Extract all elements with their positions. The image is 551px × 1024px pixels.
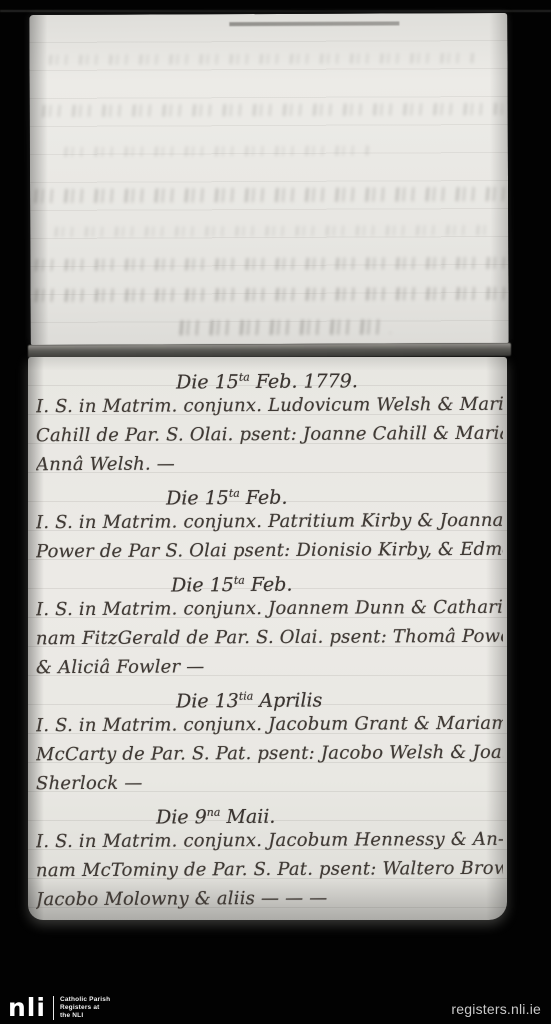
record-line: Sherlock — xyxy=(36,767,503,798)
nli-brand: nli Catholic Parish Registers at the NLI xyxy=(8,995,110,1021)
date-prefix: Die xyxy=(171,574,204,596)
date-rest: Feb. 1779. xyxy=(256,370,358,393)
record-line: Power de Par S. Olai psent: Dionisio Kir… xyxy=(36,535,503,566)
microfilm-scan-viewport: Die 15ta Feb. 1779. I. S. in Matrim. con… xyxy=(0,0,551,1024)
date-prefix: Die xyxy=(176,371,209,393)
record-line: Cahill de Par. S. Olai. psent: Joanne Ca… xyxy=(36,419,503,450)
ghost-writing-line xyxy=(50,225,490,237)
record-line: McCarty de Par. S. Pat. psent: Jacobo We… xyxy=(36,738,503,769)
record-line: Jacobo Molowny & aliis — — — xyxy=(36,883,503,914)
date-day: 15 xyxy=(205,487,229,509)
record-line: nam FitzGerald de Par. S. Olai. psent: T… xyxy=(36,622,503,653)
date-ordinal: na xyxy=(207,806,221,819)
ghost-writing-line xyxy=(30,257,508,271)
page-edge-shadow xyxy=(28,343,511,358)
scan-frame-line xyxy=(0,10,551,12)
date-ordinal: ta xyxy=(229,487,240,500)
record-line: nam McTominy de Par. S. Pat. psent: Walt… xyxy=(36,854,503,885)
date-day: 15 xyxy=(215,371,239,393)
record-line: I. S. in Matrim. conjunx. Ludovicum Wels… xyxy=(36,390,503,421)
date-rest: Aprilis xyxy=(259,689,322,711)
ghost-writing-line xyxy=(44,53,474,65)
date-rest: Feb. xyxy=(246,487,288,509)
record-date-heading: Die 15ta Feb. 1779. xyxy=(176,361,503,392)
record-date-heading: Die 9na Maii. xyxy=(156,796,503,827)
nli-logo: nli xyxy=(8,995,46,1021)
record-line: & Aliciâ Fowler — xyxy=(36,651,503,682)
brand-divider xyxy=(53,996,54,1020)
ghost-writing-line xyxy=(176,319,391,335)
record-date-heading: Die 13tia Aprilis xyxy=(176,680,503,711)
brand-caption-line: Catholic Parish xyxy=(60,996,110,1004)
date-prefix: Die xyxy=(176,690,209,712)
brand-caption-line: Registers at xyxy=(60,1004,110,1012)
manuscript-page-top xyxy=(29,13,508,345)
date-rest: Feb. xyxy=(251,574,293,596)
ghost-writing-line xyxy=(229,21,399,26)
date-day: 9 xyxy=(195,806,207,828)
date-ordinal: ta xyxy=(234,574,245,587)
ghost-writing-line xyxy=(60,146,370,157)
date-prefix: Die xyxy=(156,806,189,828)
record-line: I. S. in Matrim. conjunx. Joannem Dunn &… xyxy=(36,593,503,624)
ghost-writing-line xyxy=(38,103,503,117)
record-line: I. S. in Matrim. conjunx. Patritium Kirb… xyxy=(36,506,503,537)
site-url: registers.nli.ie xyxy=(451,1001,541,1017)
manuscript-page-bottom: Die 15ta Feb. 1779. I. S. in Matrim. con… xyxy=(28,357,507,920)
brand-caption: Catholic Parish Registers at the NLI xyxy=(60,996,110,1020)
brand-caption-line: the NLI xyxy=(60,1012,110,1020)
date-ordinal: ta xyxy=(239,371,250,384)
record-date-heading: Die 15ta Feb. xyxy=(166,477,503,508)
record-line: I. S. in Matrim. conjunx. Jacobum Grant … xyxy=(36,709,503,740)
date-day: 15 xyxy=(210,574,234,596)
record-line: Annâ Welsh. — xyxy=(36,448,503,479)
record-line: I. S. in Matrim. conjunx. Jacobum Hennes… xyxy=(36,825,503,856)
date-ordinal: tia xyxy=(239,690,254,703)
ghost-writing-line xyxy=(30,287,508,302)
date-prefix: Die xyxy=(166,487,199,509)
ghost-writing-line xyxy=(30,187,508,203)
date-rest: Maii. xyxy=(226,806,275,828)
footer-bar: nli Catholic Parish Registers at the NLI… xyxy=(0,982,551,1024)
date-day: 13 xyxy=(215,690,239,712)
record-date-heading: Die 15ta Feb. xyxy=(171,564,503,595)
